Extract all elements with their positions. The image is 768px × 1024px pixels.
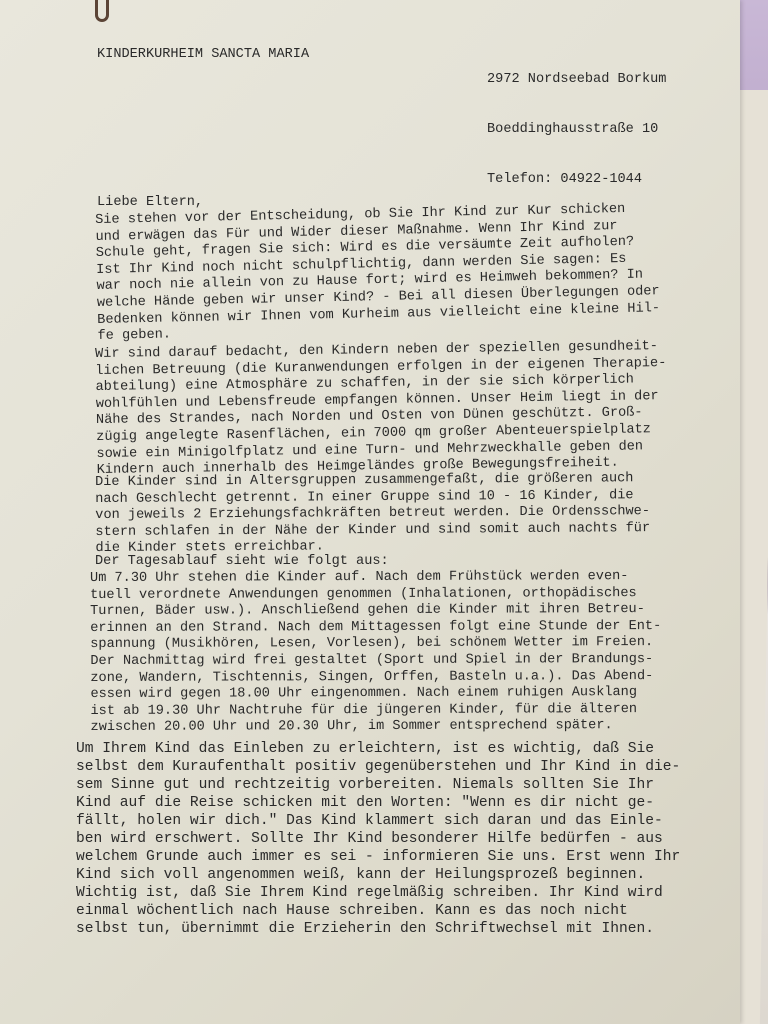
text-line: Der Nachmittag wird frei gestaltet (Spor… <box>90 652 661 671</box>
letter-page: KINDERKURHEIM SANCTA MARIA 2972 Nordseeb… <box>0 0 740 1024</box>
text-line: Kind auf die Reise schicken mit den Wort… <box>76 794 680 812</box>
text-line: sem Sinne gut und rechtzeitig vorbereite… <box>76 776 680 794</box>
address-line-city: 2972 Nordseebad Borkum <box>487 72 666 89</box>
text-line: fällt, holen wir dich." Das Kind klammer… <box>76 812 680 830</box>
text-line: erinnen an den Strand. Nach dem Mittages… <box>90 619 661 638</box>
address-line-street: Boeddinghausstraße 10 <box>487 122 666 139</box>
paper-clip-icon <box>95 0 109 22</box>
text-line: ben wird erschwert. Sollte Ihr Kind beso… <box>76 830 680 848</box>
letterhead-organization: KINDERKURHEIM SANCTA MARIA <box>97 47 309 64</box>
paragraph-daily-routine: Um 7.30 Uhr stehen die Kinder auf. Nach … <box>90 569 662 737</box>
text-line: tuell verordnete Anwendungen genommen (I… <box>90 586 661 605</box>
text-line: spannung (Musikhören, Lesen, Vorlesen), … <box>90 635 661 654</box>
text-line: ist ab 19.30 Uhr Nachtruhe für die jünge… <box>90 702 661 721</box>
paragraph-decision: Sie stehen vor der Entscheidung, ob Sie … <box>95 201 661 346</box>
paragraph-daily-routine-heading: Der Tagesablauf sieht wie folgt aus: <box>95 554 389 571</box>
address-line-phone: Telefon: 04922-1044 <box>487 172 666 189</box>
text-line: selbst tun, übernimmt die Erzieherin den… <box>76 920 680 938</box>
text-line: Wichtig ist, daß Sie Ihrem Kind regelmäß… <box>76 884 680 902</box>
paragraph-groups: Die Kinder sind in Altersgruppen zusamme… <box>95 471 650 558</box>
text-line: zone, Wandern, Tischtennis, Singen, Orff… <box>90 669 661 688</box>
text-line: selbst dem Kuraufenthalt positiv gegenüb… <box>76 758 680 776</box>
text-line: Kind sich voll angenommen weiß, kann der… <box>76 866 680 884</box>
text-line: einmal wöchentlich nach Hause schreiben.… <box>76 902 680 920</box>
text-line: welchem Grunde auch immer es sei - infor… <box>76 848 680 866</box>
paragraph-atmosphere: Wir sind darauf bedacht, den Kindern neb… <box>95 339 668 480</box>
text-line: Um 7.30 Uhr stehen die Kinder auf. Nach … <box>90 569 661 588</box>
paragraph-settling-in: Um Ihrem Kind das Einleben zu erleichter… <box>76 740 680 938</box>
salutation: Liebe Eltern, <box>97 195 203 212</box>
text-line: zwischen 20.00 Uhr und 20.30 Uhr, im Som… <box>91 718 662 737</box>
text-line: essen wird gegen 18.00 Uhr eingenommen. … <box>90 685 661 704</box>
text-line: Um Ihrem Kind das Einleben zu erleichter… <box>76 740 680 758</box>
text-line: Turnen, Bäder usw.). Anschließend gehen … <box>90 602 661 621</box>
letterhead-address: 2972 Nordseebad Borkum Boeddinghausstraß… <box>487 39 666 222</box>
